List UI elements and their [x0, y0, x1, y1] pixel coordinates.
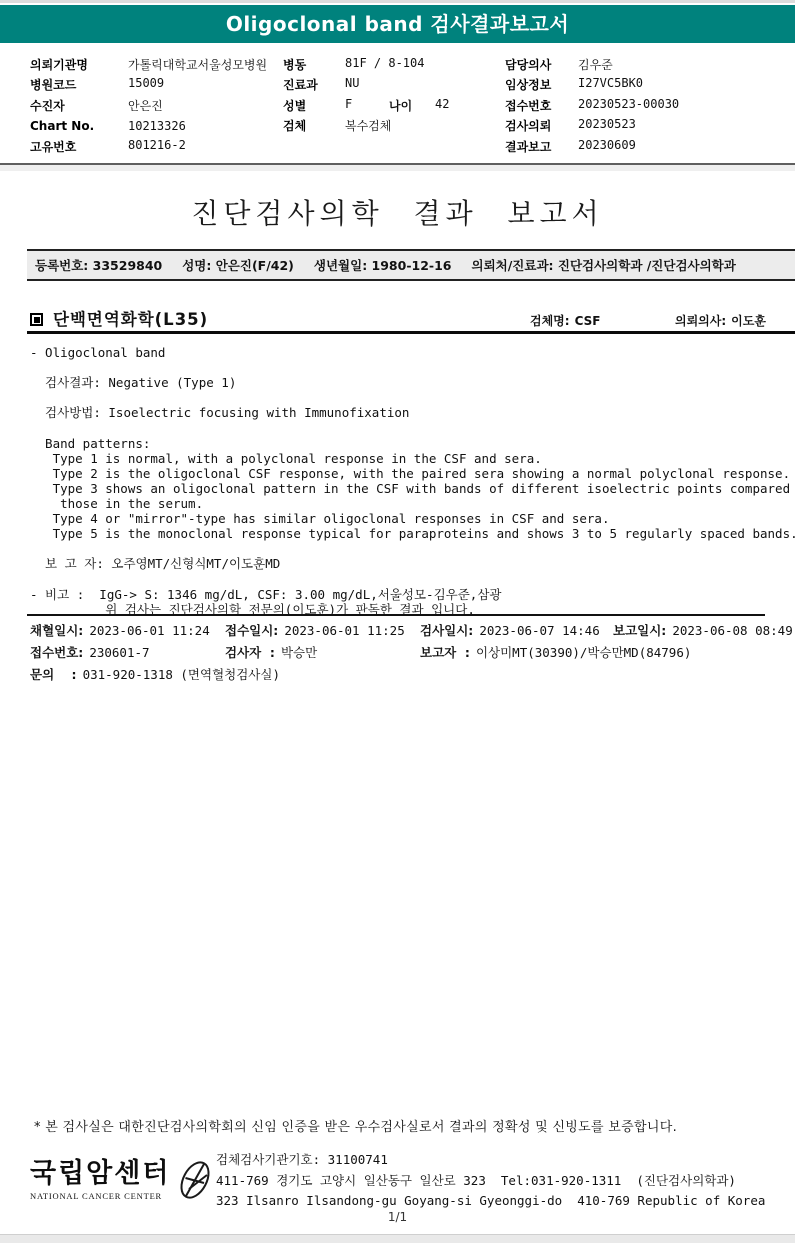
- logo-english-name: NATIONAL CANCER CENTER: [30, 1191, 170, 1201]
- report-line: [30, 390, 795, 405]
- info-value: 20230523: [578, 117, 636, 134]
- info-value: I27VC5BK0: [578, 76, 643, 93]
- info-value: 20230523-00030: [578, 97, 679, 114]
- info-row: 의뢰기관명가톨릭대학교서울성모병원병동81F / 8-104담당의사김우준: [30, 54, 795, 75]
- info-label: 수진자: [30, 97, 128, 114]
- info-label: 병동: [283, 56, 345, 73]
- specimen-value: CSF: [575, 314, 601, 328]
- meta-row: 접수번호:230601-7검사자 :박승만보고자 :이상미MT(30390)/박…: [30, 643, 785, 665]
- meta-label: 문의 :: [30, 667, 77, 682]
- info-value: 801216-2: [128, 138, 186, 155]
- patient-bar-item: 성명: 안은진(F/42): [182, 256, 294, 274]
- specimen-field: 검체명:CSF: [530, 312, 600, 329]
- meta-value: 031-920-1318 (면역혈청검사실): [83, 667, 280, 682]
- meta-field: 검사일시:2023-06-07 14:46: [420, 621, 600, 639]
- meta-label: 보고자 :: [420, 645, 470, 660]
- logo-korean-name: 국립암센터: [30, 1159, 170, 1189]
- info-label: 검사의뢰: [505, 117, 578, 134]
- info-label: 병원코드: [30, 76, 128, 93]
- report-line: Type 4 or "mirror"-type has similar olig…: [30, 511, 795, 526]
- meta-field: 채혈일시:2023-06-01 11:24: [30, 621, 210, 639]
- info-label: 접수번호: [505, 97, 578, 114]
- report-banner: Oligoclonal band 검사결과보고서: [0, 5, 795, 43]
- meta-value: 이상미MT(30390)/박승만MD(84796): [476, 645, 691, 660]
- result-meta-block: 채혈일시:2023-06-01 11:24접수일시:2023-06-01 11:…: [30, 621, 785, 687]
- top-edge-divider: [0, 0, 795, 3]
- report-line: 보 고 자: 오주영MT/신형식MT/이도훈MD: [30, 556, 795, 571]
- meta-label: 검사일시:: [420, 623, 473, 638]
- report-line: [30, 541, 795, 556]
- bottom-edge-strip: [0, 1234, 795, 1243]
- footer-address-line: 323 Ilsanro Ilsandong-gu Goyang-si Gyeon…: [216, 1191, 765, 1212]
- report-line: Band patterns:: [30, 436, 795, 451]
- info-value: NU: [345, 76, 359, 93]
- meta-divider: [27, 614, 765, 616]
- info-label: Chart No.: [30, 119, 128, 133]
- cancer-center-leaf-icon: [174, 1156, 216, 1204]
- page-number: 1/1: [0, 1210, 795, 1224]
- info-value: 10213326: [128, 119, 186, 133]
- meta-field: 접수일시:2023-06-01 11:25: [225, 621, 405, 639]
- accreditation-disclaimer: * 본 검사실은 대한진단검사의학회의 신임 인증을 받은 우수검사실로서 결과…: [34, 1116, 677, 1135]
- meta-value: 230601-7: [89, 645, 149, 660]
- section-title: 단백면역화학(L35): [53, 310, 208, 329]
- meta-row: 채혈일시:2023-06-01 11:24접수일시:2023-06-01 11:…: [30, 621, 785, 643]
- report-line: Type 1 is normal, with a polyclonal resp…: [30, 451, 795, 466]
- meta-field: 문의 :031-920-1318 (면역혈청검사실): [30, 665, 280, 683]
- meta-row: 문의 :031-920-1318 (면역혈청검사실): [30, 665, 785, 687]
- meta-label: 검사자 :: [225, 645, 275, 660]
- report-body: - Oligoclonal band 검사결과: Negative (Type …: [30, 345, 795, 617]
- info-label: 결과보고: [505, 138, 578, 155]
- info-value: 42: [435, 97, 449, 114]
- info-label: 고유번호: [30, 138, 128, 155]
- info-value: F: [345, 97, 389, 114]
- report-line: [30, 360, 795, 375]
- patient-bar-item: 의뢰처/진료과: 진단검사의학과 /진단검사의학과: [472, 256, 736, 274]
- referring-physician-field: 의뢰의사:이도훈: [675, 312, 766, 329]
- info-label: 나이: [389, 97, 435, 114]
- patient-bar-item: 등록번호: 33529840: [35, 256, 162, 274]
- info-value: 15009: [128, 76, 164, 93]
- specimen-label: 검체명:: [530, 314, 570, 328]
- report-line: those in the serum.: [30, 496, 795, 511]
- report-line: 검사결과: Negative (Type 1): [30, 375, 795, 390]
- meta-label: 채혈일시:: [30, 623, 83, 638]
- info-label: 진료과: [283, 76, 345, 93]
- meta-field: 보고자 :이상미MT(30390)/박승만MD(84796): [420, 643, 691, 661]
- report-line: - 비고 : IgG-> S: 1346 mg/dL, CSF: 3.00 mg…: [30, 587, 795, 602]
- info-value: 복수검체: [345, 117, 391, 134]
- info-label: 성별: [283, 97, 345, 114]
- info-value: 81F / 8-104: [345, 56, 424, 73]
- section-square-icon: [30, 313, 43, 326]
- section-header: 단백면역화학(L35) 검체명:CSF 의뢰의사:이도훈: [30, 306, 795, 332]
- info-value: 가톨릭대학교서울성모병원: [128, 56, 267, 73]
- info-value: 김우준: [578, 56, 613, 73]
- meta-field: 접수번호:230601-7: [30, 643, 150, 661]
- report-line: Type 3 shows an oligoclonal pattern in t…: [30, 481, 795, 496]
- info-row: 수진자안은진성별F나이42접수번호20230523-00030: [30, 95, 795, 116]
- footer-address-line: 검체검사기관기호: 31100741: [216, 1150, 765, 1171]
- report-banner-title: Oligoclonal band 검사결과보고서: [226, 12, 569, 36]
- info-row: 고유번호801216-2결과보고20230609: [30, 136, 795, 157]
- info-row: Chart No.10213326검체복수검체검사의뢰20230523: [30, 116, 795, 137]
- info-value: 안은진: [128, 97, 163, 114]
- info-label: 담당의사: [505, 56, 578, 73]
- patient-bar-item: 생년월일: 1980-12-16: [314, 256, 452, 274]
- footer-address-block: 검체검사기관기호: 31100741411-769 경기도 고양시 일산동구 일…: [216, 1150, 765, 1212]
- report-line: [30, 420, 795, 435]
- section-underline: [27, 331, 795, 334]
- referring-physician-value: 이도훈: [731, 314, 766, 328]
- info-value: 20230609: [578, 138, 636, 155]
- info-row: 병원코드15009진료과NU임상정보I27VC5BK0: [30, 75, 795, 96]
- footer-address-line: 411-769 경기도 고양시 일산동구 일산로 323 Tel:031-920…: [216, 1171, 765, 1192]
- meta-value: 2023-06-08 08:49: [672, 623, 792, 638]
- meta-field: 검사자 :박승만: [225, 643, 317, 661]
- report-title: 진단검사의학 결과 보고서: [0, 192, 795, 232]
- meta-value: 2023-06-07 14:46: [479, 623, 599, 638]
- report-line: - Oligoclonal band: [30, 345, 795, 360]
- report-line: Type 5 is the monoclonal response typica…: [30, 526, 795, 541]
- request-info-table: 의뢰기관명가톨릭대학교서울성모병원병동81F / 8-104담당의사김우준병원코…: [30, 54, 795, 157]
- info-label: 의뢰기관명: [30, 56, 128, 73]
- meta-value: 2023-06-01 11:24: [89, 623, 209, 638]
- lab-report-page: Oligoclonal band 검사결과보고서 의뢰기관명가톨릭대학교서울성모…: [0, 0, 795, 1243]
- referring-physician-label: 의뢰의사:: [675, 314, 726, 328]
- patient-info-bar: 등록번호: 33529840성명: 안은진(F/42)생년월일: 1980-12…: [27, 249, 795, 281]
- report-line: [30, 571, 795, 586]
- info-label: 검체: [283, 117, 345, 134]
- info-label: 임상정보: [505, 76, 578, 93]
- meta-label: 보고일시:: [613, 623, 666, 638]
- meta-label: 접수번호:: [30, 645, 83, 660]
- meta-value: 박승만: [281, 645, 317, 660]
- report-line: Type 2 is the oligoclonal CSF response, …: [30, 466, 795, 481]
- section-divider: [0, 163, 795, 171]
- meta-value: 2023-06-01 11:25: [284, 623, 404, 638]
- report-line: 검사방법: Isoelectric focusing with Immunofi…: [30, 405, 795, 420]
- meta-field: 보고일시:2023-06-08 08:49: [613, 621, 793, 639]
- cancer-center-logo: 국립암센터 NATIONAL CANCER CENTER: [30, 1156, 216, 1204]
- meta-label: 접수일시:: [225, 623, 278, 638]
